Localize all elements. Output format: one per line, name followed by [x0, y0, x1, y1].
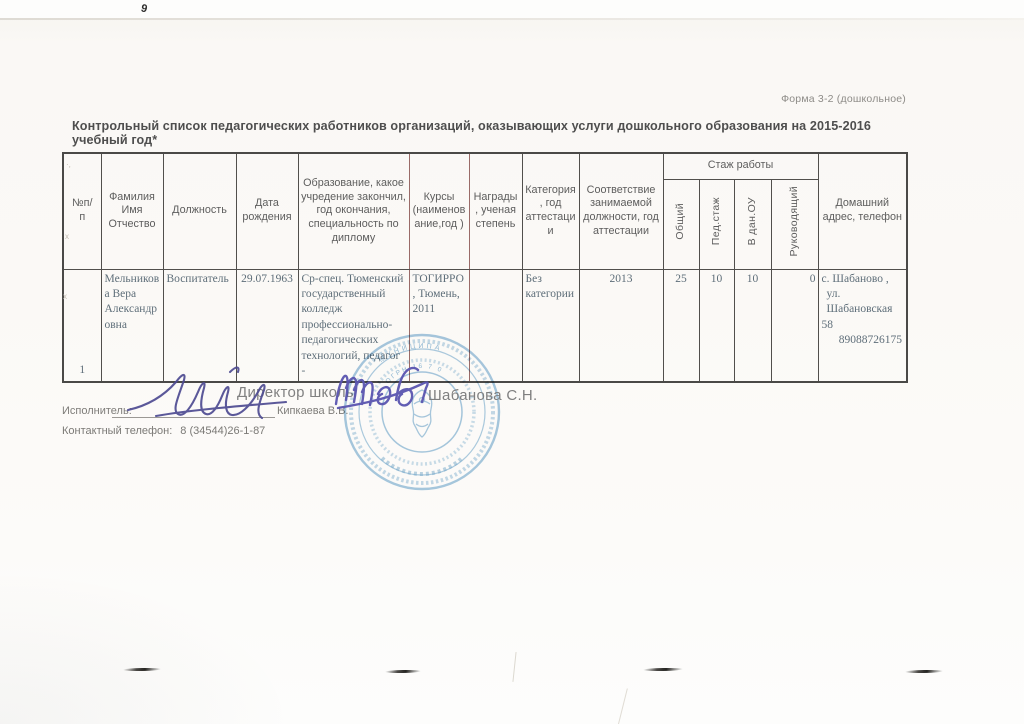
cell-number: 1: [63, 269, 101, 382]
scan-fold-line: [617, 688, 629, 724]
scan-dash-artifact: [123, 668, 161, 672]
scan-dash-artifact: [385, 670, 421, 674]
col-header-exp-managerial: Руководящий: [771, 179, 818, 269]
executor-signature-line: [112, 417, 275, 418]
scan-dash-artifact: [905, 670, 943, 674]
cell-birthdate: 29.07.1963: [236, 269, 298, 382]
cell-category: Без категории: [522, 269, 579, 382]
document-title: Контрольный список педагогических работн…: [72, 119, 912, 147]
cell-compliance: 2013: [579, 269, 663, 382]
cell-fio: Мельникова Вера Александровна: [101, 269, 163, 382]
col-header-number: №п/ п: [63, 153, 101, 269]
pencil-mark-artifact: ·,: [66, 160, 71, 169]
executor-label: Исполнитель:: [62, 405, 132, 417]
address-line: ул. Шабановская: [822, 287, 904, 318]
col-header-education: Образование, какое учредение закончил, г…: [298, 153, 409, 269]
col-header-courses: Курсы (наименование,год ): [409, 153, 469, 269]
contact-phone-label: Контактный телефон:: [62, 425, 172, 437]
col-header-exp-pedagogical: Пед.стаж: [699, 179, 734, 269]
scan-fold-line: [512, 652, 517, 682]
scan-dash-artifact: [643, 668, 683, 672]
pencil-mark-artifact: х: [65, 232, 69, 241]
svg-text:МУНИЦИПА: МУНИЦИПА: [378, 343, 443, 364]
stamp-ring-text: МУНИЦИПА: [378, 343, 443, 364]
cell-address: с. Шабаново , ул. Шабановская 58 8908872…: [818, 269, 907, 382]
scanned-document-page: 9 Форма 3-2 (дошкольное) Контрольный спи…: [0, 0, 1024, 724]
col-header-category: Категория, год аттестации: [522, 153, 579, 269]
contact-phone-value: 8 (34544)26-1-87: [180, 425, 265, 437]
col-header-address: Домашний адрес, телефон: [818, 153, 907, 269]
col-header-fio: Фамилия Имя Отчество: [101, 153, 163, 269]
cell-exp-pedagogical: 10: [699, 269, 734, 382]
col-header-compliance: Соответствие занимаемой должности, год а…: [579, 153, 663, 269]
pencil-mark-artifact: х: [63, 292, 67, 301]
form-number-label: Форма 3-2 (дошкольное): [781, 93, 906, 105]
cell-exp-total: 25: [663, 269, 699, 382]
col-header-exp-total: Общий: [663, 179, 699, 269]
scan-page-edge: [0, 18, 1024, 20]
official-round-stamp: МУНИЦИПА ОГРН 16 7 0: [336, 330, 508, 498]
director-name: Шабанова С.Н.: [428, 387, 538, 404]
scan-top-strip: [0, 0, 1024, 18]
cell-exp-current-ou: 10: [734, 269, 771, 382]
contact-phone-line: Контактный телефон:8 (34544)26-1-87: [62, 425, 273, 437]
address-phone: 89088726175: [822, 333, 904, 348]
col-header-birthdate: Дата рождения: [236, 153, 298, 269]
cell-exp-managerial: 0: [771, 269, 818, 382]
cell-position: Воспитатель: [163, 269, 236, 382]
col-header-exp-current-ou: В дан.ОУ: [734, 179, 771, 269]
address-line: с. Шабаново ,: [822, 272, 904, 287]
col-header-experience-group: Стаж работы: [663, 153, 818, 179]
col-header-awards: Награды , ученая степень: [469, 153, 522, 269]
address-line: 58: [822, 318, 904, 333]
col-header-position: Должность: [163, 153, 236, 269]
